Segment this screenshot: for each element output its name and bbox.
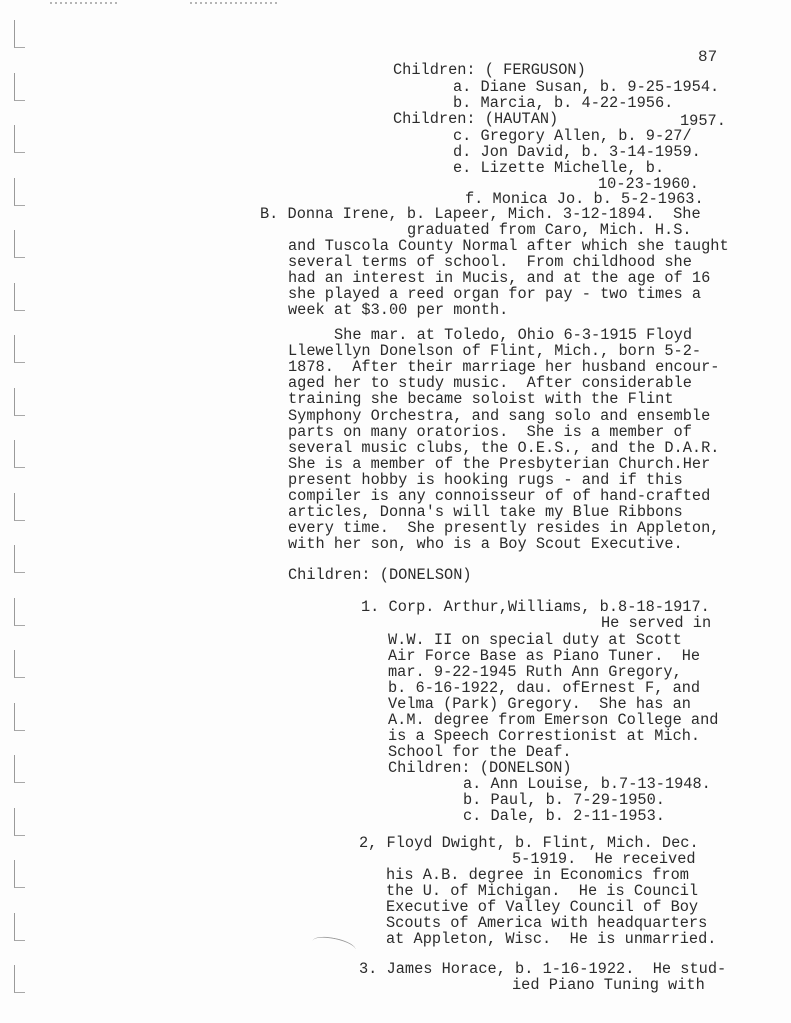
grandchild-entry: b. Paul, b. 7-29-1950. xyxy=(463,792,665,808)
paragraph-line: 1878. After their marriage her husband e… xyxy=(288,359,719,375)
donna-line: she played a reed organ for pay - two ti… xyxy=(288,286,701,302)
margin-bracket-mark xyxy=(14,703,25,731)
paragraph-line: training she became soloist with the Fli… xyxy=(288,391,674,407)
paragraph-line: present hobby is hooking rugs - and if t… xyxy=(288,472,683,488)
child-2-second-line: 5-1919. He received xyxy=(512,851,696,867)
margin-bracket-mark xyxy=(14,283,25,311)
donna-line: graduated from Caro, Mich. H.S. xyxy=(407,222,692,238)
child-1-first-line: 1. Corp. Arthur,Williams, b.8-18-1917. xyxy=(361,599,710,615)
child-1-line: W.W. II on special duty at Scott xyxy=(388,632,682,648)
child-1-second-line: He served in xyxy=(601,615,711,631)
margin-bracket-mark xyxy=(14,755,25,783)
child-1-line: Children: (DONELSON) xyxy=(388,760,572,776)
paragraph-line: every time. She presently resides in App… xyxy=(288,520,719,536)
child-2-line: his A.B. degree in Economics from xyxy=(386,867,689,883)
margin-bracket-mark xyxy=(14,125,25,153)
donna-line: several terms of school. From childhood … xyxy=(288,254,692,270)
child-1-line: mar. 9-22-1945 Ruth Ann Gregory, xyxy=(388,664,682,680)
child-2-line: Executive of Valley Council of Boy xyxy=(386,899,698,915)
child-3-second-line: ied Piano Tuning with xyxy=(512,977,705,993)
margin-bracket-mark xyxy=(14,388,25,416)
child-entry: b. Marcia, b. 4-22-1956. xyxy=(453,95,673,111)
child-1-line: Air Force Base as Piano Tuner. He xyxy=(388,648,700,664)
donna-line: week at $3.00 per month. xyxy=(288,302,508,318)
stray-pen-mark xyxy=(311,934,357,958)
margin-bracket-mark xyxy=(14,598,25,626)
margin-bracket-mark xyxy=(14,808,25,836)
child-1-line: b. 6-16-1922, dau. ofErnest F, and xyxy=(388,680,700,696)
child-2-line: the U. of Michigan. He is Council xyxy=(386,883,698,899)
margin-bracket-mark xyxy=(14,20,25,48)
child-entry: c. Gregory Allen, b. 9-27/ xyxy=(453,128,692,144)
margin-bracket-mark xyxy=(14,73,25,101)
margin-bracket-mark xyxy=(14,860,25,888)
child-2-line: at Appleton, Wisc. He is unmarried. xyxy=(386,931,716,947)
paragraph-line: several music clubs, the O.E.S., and the… xyxy=(288,440,719,456)
donna-line: and Tuscola County Normal after which sh… xyxy=(288,238,729,254)
child-entry: d. Jon David, b. 3-14-1959. xyxy=(453,144,701,160)
margin-bracket-mark xyxy=(14,913,25,941)
child-1-line: is a Speech Correstionist at Mich. xyxy=(388,728,700,744)
paragraph-line: aged her to study music. After considera… xyxy=(288,375,692,391)
scan-edge-mark xyxy=(190,2,280,4)
child-1-line: A.M. degree from Emerson College and xyxy=(388,712,718,728)
margin-bracket-mark xyxy=(14,440,25,468)
child-entry: e. Lizette Michelle, b. xyxy=(453,160,664,176)
paragraph-line: She is a member of the Presbyterian Chur… xyxy=(288,456,710,472)
margin-bracket-mark xyxy=(14,178,25,206)
margin-bracket-mark xyxy=(14,545,25,573)
child-3-first-line: 3. James Horace, b. 1-16-1922. He stud- xyxy=(359,961,726,977)
child-entry: a. Diane Susan, b. 9-25-1954. xyxy=(453,79,719,95)
paragraph-line: Symphony Orchestra, and sang solo and en… xyxy=(288,408,710,424)
paragraph-line: compiler is any connoisseur of of hand-c… xyxy=(288,488,710,504)
paragraph-line: with her son, who is a Boy Scout Executi… xyxy=(288,536,683,552)
children-heading-donelson: Children: (DONELSON) xyxy=(288,567,472,583)
paragraph-line: Llewellyn Donelson of Flint, Mich., born… xyxy=(288,343,701,359)
paragraph-line: articles, Donna's will take my Blue Ribb… xyxy=(288,504,683,520)
margin-bracket-mark xyxy=(14,493,25,521)
donna-line: B. Donna Irene, b. Lapeer, Mich. 3-12-18… xyxy=(260,206,701,222)
child-1-line: Velma (Park) Gregory. She has an xyxy=(388,696,691,712)
grandchild-entry: c. Dale, b. 2-11-1953. xyxy=(463,808,665,824)
child-2-first-line: 2, Floyd Dwight, b. Flint, Mich. Dec. xyxy=(359,835,699,851)
donna-line: had an interest in Mucis, and at the age… xyxy=(288,270,710,286)
margin-bracket-mark xyxy=(14,650,25,678)
paragraph-line: She mar. at Toledo, Ohio 6-3-1915 Floyd xyxy=(334,327,692,343)
margin-bracket-mark xyxy=(14,230,25,258)
child-1-line: School for the Deaf. xyxy=(388,744,572,760)
paragraph-line: parts on many oratorios. She is a member… xyxy=(288,424,692,440)
children-heading-hautan: Children: (HAUTAN) xyxy=(393,111,558,127)
children-heading-ferguson: Children: ( FERGUSON) xyxy=(393,62,586,78)
child-2-line: Scouts of America with headquarters xyxy=(386,915,707,931)
scan-edge-mark xyxy=(50,2,120,4)
margin-bracket-mark xyxy=(14,335,25,363)
grandchild-entry: a. Ann Louise, b.7-13-1948. xyxy=(463,776,711,792)
margin-bracket-mark xyxy=(14,965,25,993)
typewritten-page: 87 Children: ( FERGUSON) a. Diane Susan,… xyxy=(0,0,791,1023)
page-number: 87 xyxy=(698,49,717,65)
